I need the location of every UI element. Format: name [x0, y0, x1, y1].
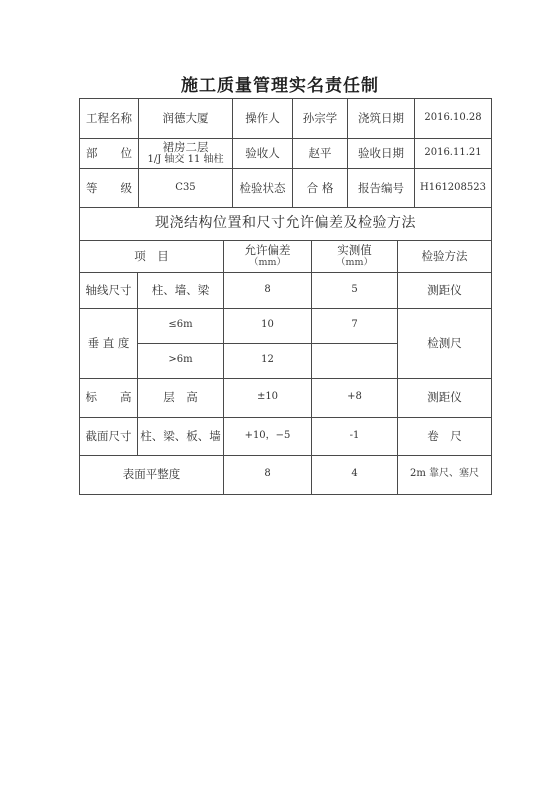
value-inspection-status: 合 格	[293, 169, 348, 208]
header-measured-unit: （mm）	[312, 257, 397, 269]
row-item: 截面尺寸	[80, 417, 138, 455]
label-pour-date: 浇筑日期	[348, 99, 415, 139]
header-allowed: 允许偏差 （mm）	[224, 240, 312, 272]
row-sub: ≤6m	[138, 308, 224, 343]
value-inspector: 赵平	[293, 139, 348, 169]
row-item: 标 高	[80, 378, 138, 417]
row-method: 测距仪	[398, 272, 492, 308]
row-allowed: ±10	[224, 378, 312, 417]
tolerance-table: 现浇结构位置和尺寸允许偏差及检验方法 项 目 允许偏差 （mm） 实测值 （mm…	[79, 207, 492, 495]
row-method: 测距仪	[398, 378, 492, 417]
row-allowed: +10，−5	[224, 417, 312, 455]
value-location-line2: 1/J 轴交 11 轴柱	[139, 154, 232, 167]
row-sub: >6m	[138, 343, 224, 378]
label-project-name: 工程名称	[80, 99, 139, 139]
project-info-table: 工程名称 润德大厦 操作人 孙宗学 浇筑日期 2016.10.28 部 位 裙房…	[79, 98, 492, 208]
label-inspector: 验收人	[233, 139, 293, 169]
header-row: 项 目 允许偏差 （mm） 实测值 （mm） 检验方法	[80, 240, 492, 272]
header-allowed-unit: （mm）	[224, 257, 311, 269]
row-sub: 柱、墙、梁	[138, 272, 224, 308]
table-row: 标 高 层 高 ±10 +8 测距仪	[80, 378, 492, 417]
value-report-number: H161208523	[415, 169, 492, 208]
row-sub: 柱、梁、板、墙	[138, 417, 224, 455]
value-operator: 孙宗学	[293, 99, 348, 139]
info-row-location: 部 位 裙房二层 1/J 轴交 11 轴柱 验收人 赵平 验收日期 2016.1…	[80, 139, 492, 169]
row-item: 垂 直 度	[80, 308, 138, 378]
value-acceptance-date: 2016.11.21	[415, 139, 492, 169]
label-operator: 操作人	[233, 99, 293, 139]
label-inspection-status: 检验状态	[233, 169, 293, 208]
row-allowed: 8	[224, 272, 312, 308]
row-sub: 层 高	[138, 378, 224, 417]
info-row-project: 工程名称 润德大厦 操作人 孙宗学 浇筑日期 2016.10.28	[80, 99, 492, 139]
row-measured: 5	[312, 272, 398, 308]
row-allowed: 12	[224, 343, 312, 378]
header-measured: 实测值 （mm）	[312, 240, 398, 272]
label-report-number: 报告编号	[348, 169, 415, 208]
table-row: 垂 直 度 ≤6m 10 7 检测尺	[80, 308, 492, 343]
info-row-grade: 等 级 C35 检验状态 合 格 报告编号 H161208523	[80, 169, 492, 208]
value-project-name: 润德大厦	[139, 99, 233, 139]
document-title: 施工质量管理实名责任制	[0, 71, 560, 96]
row-measured: 7	[312, 308, 398, 343]
header-item: 项 目	[80, 240, 224, 272]
row-measured	[312, 343, 398, 378]
header-measured-label: 实测值	[312, 243, 397, 257]
value-pour-date: 2016.10.28	[415, 99, 492, 139]
value-location-line1: 裙房二层	[139, 140, 232, 154]
row-item: 表面平整度	[80, 455, 224, 494]
row-measured: -1	[312, 417, 398, 455]
table-row: 轴线尺寸 柱、墙、梁 8 5 测距仪	[80, 272, 492, 308]
header-method: 检验方法	[398, 240, 492, 272]
row-allowed: 8	[224, 455, 312, 494]
label-grade: 等 级	[80, 169, 139, 208]
label-location: 部 位	[80, 139, 139, 169]
row-method: 2m 靠尺、塞尺	[398, 455, 492, 494]
table-row: 截面尺寸 柱、梁、板、墙 +10，−5 -1 卷 尺	[80, 417, 492, 455]
row-allowed: 10	[224, 308, 312, 343]
row-item: 轴线尺寸	[80, 272, 138, 308]
row-measured: +8	[312, 378, 398, 417]
row-method: 卷 尺	[398, 417, 492, 455]
value-location: 裙房二层 1/J 轴交 11 轴柱	[139, 139, 233, 169]
row-method: 检测尺	[398, 308, 492, 378]
table-row: 表面平整度 8 4 2m 靠尺、塞尺	[80, 455, 492, 494]
label-acceptance-date: 验收日期	[348, 139, 415, 169]
header-allowed-label: 允许偏差	[224, 243, 311, 257]
value-grade: C35	[139, 169, 233, 208]
section-title: 现浇结构位置和尺寸允许偏差及检验方法	[80, 207, 492, 240]
section-title-row: 现浇结构位置和尺寸允许偏差及检验方法	[80, 207, 492, 240]
row-measured: 4	[312, 455, 398, 494]
